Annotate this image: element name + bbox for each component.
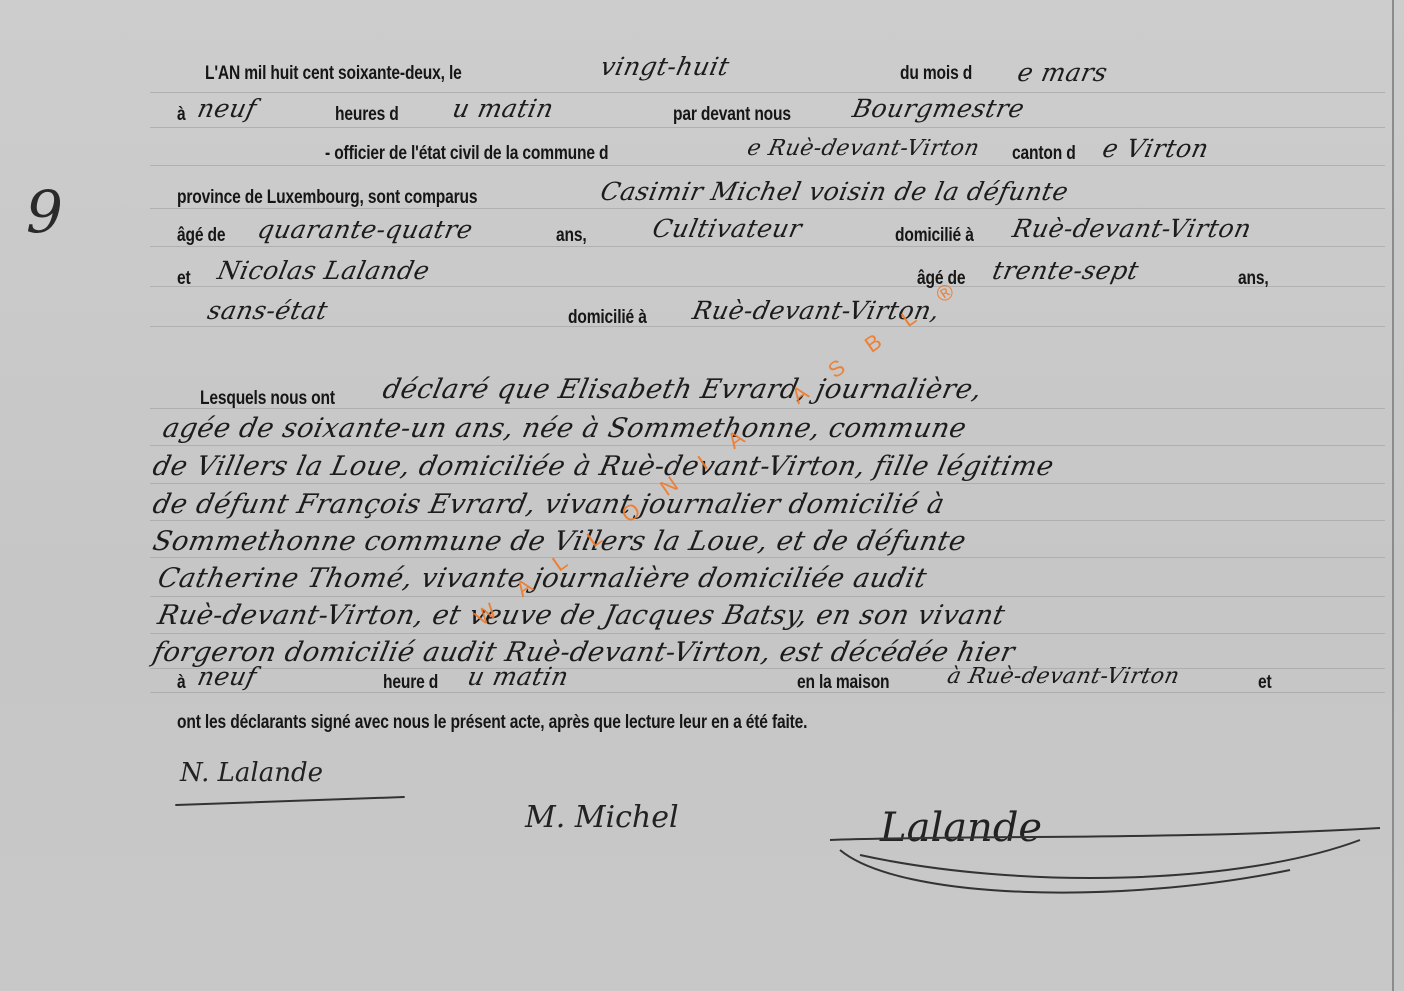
printed-text: en la maison bbox=[797, 672, 889, 694]
ruled-line bbox=[150, 445, 1385, 446]
declaration-line: déclaré que Elisabeth Evrard, journalièr… bbox=[380, 374, 985, 405]
printed-text: à bbox=[177, 104, 186, 126]
handwritten-witness2: Nicolas Lalande bbox=[215, 256, 433, 285]
handwritten-month: e mars bbox=[1015, 58, 1110, 87]
declaration-line: Ruè-devant-Virton, et veuve de Jacques B… bbox=[155, 600, 1008, 631]
declaration-line: forgeron domicilié audit Ruè-devant-Virt… bbox=[150, 637, 1018, 668]
handwritten-period: u matin bbox=[450, 94, 556, 123]
printed-text: province de Luxembourg, sont comparus bbox=[177, 187, 477, 209]
handwritten-age1: quarante-quatre bbox=[255, 215, 476, 244]
ruled-line bbox=[150, 633, 1385, 634]
printed-text: âgé de bbox=[177, 225, 225, 247]
handwritten-occupation2: sans-état bbox=[205, 296, 331, 325]
handwritten-day: vingt-huit bbox=[598, 52, 732, 81]
signature-underline bbox=[175, 796, 405, 806]
declaration-line: agée de soixante-un ans, née à Sommethon… bbox=[160, 413, 969, 444]
printed-text: canton d bbox=[1012, 143, 1076, 165]
handwritten-hour: neuf bbox=[195, 662, 259, 691]
printed-text: heure d bbox=[383, 672, 438, 694]
printed-text: domicilié à bbox=[895, 225, 974, 247]
printed-text: par devant nous bbox=[673, 104, 791, 126]
closing-statement: ont les déclarants signé avec nous le pr… bbox=[177, 712, 807, 734]
declaration-line: de défunt François Evrard, vivant journa… bbox=[150, 489, 947, 520]
printed-text: à bbox=[177, 672, 186, 694]
handwritten-hour: neuf bbox=[195, 94, 259, 123]
printed-text: domicilié à bbox=[568, 307, 647, 329]
civil-record-page: 9 L'AN mil huit cent soixante-deux, le v… bbox=[0, 0, 1404, 991]
declaration-line: de Villers la Loue, domiciliée à Ruè-dev… bbox=[150, 451, 1057, 482]
ruled-line bbox=[150, 692, 1385, 693]
handwritten-canton: e Virton bbox=[1100, 134, 1212, 163]
handwritten-occupation1: Cultivateur bbox=[650, 214, 805, 243]
handwritten-residence1: Ruè-devant-Virton bbox=[1010, 214, 1254, 243]
printed-text: L'AN mil huit cent soixante-deux, le bbox=[205, 63, 462, 85]
ruled-line bbox=[150, 246, 1385, 247]
printed-text: et bbox=[1258, 672, 1272, 694]
ruled-line bbox=[150, 596, 1385, 597]
printed-text: - officier de l'état civil de la commune… bbox=[325, 143, 608, 165]
printed-text: Lesquels nous ont bbox=[200, 388, 335, 410]
signature-m-michel: M. Michel bbox=[525, 800, 679, 835]
ruled-line bbox=[150, 286, 1385, 287]
printed-text: heures d bbox=[335, 104, 399, 126]
printed-text: ans, bbox=[1238, 268, 1269, 290]
handwritten-place: à Ruè-devant-Virton bbox=[945, 664, 1182, 689]
act-number: 9 bbox=[26, 178, 63, 246]
ruled-line bbox=[150, 668, 1385, 669]
ruled-line bbox=[150, 557, 1385, 558]
handwritten-age2: trente-sept bbox=[990, 256, 1142, 285]
printed-text: et bbox=[177, 268, 191, 290]
handwritten-period: u matin bbox=[465, 662, 571, 691]
handwritten-official: Bourgmestre bbox=[850, 94, 1027, 123]
ruled-line bbox=[150, 520, 1385, 521]
ruled-line bbox=[150, 165, 1385, 166]
printed-text: ans, bbox=[556, 225, 587, 247]
ruled-line bbox=[150, 127, 1385, 128]
ruled-line bbox=[150, 92, 1385, 93]
signature-n-lalande: N. Lalande bbox=[180, 758, 323, 788]
ruled-line bbox=[150, 483, 1385, 484]
printed-text: du mois d bbox=[900, 63, 972, 85]
handwritten-commune: e Ruè-devant-Virton bbox=[745, 136, 982, 161]
handwritten-witness1: Casimir Michel voisin de la défunte bbox=[598, 177, 1071, 206]
signature-flourish bbox=[820, 810, 1400, 900]
ruled-line bbox=[150, 326, 1385, 327]
